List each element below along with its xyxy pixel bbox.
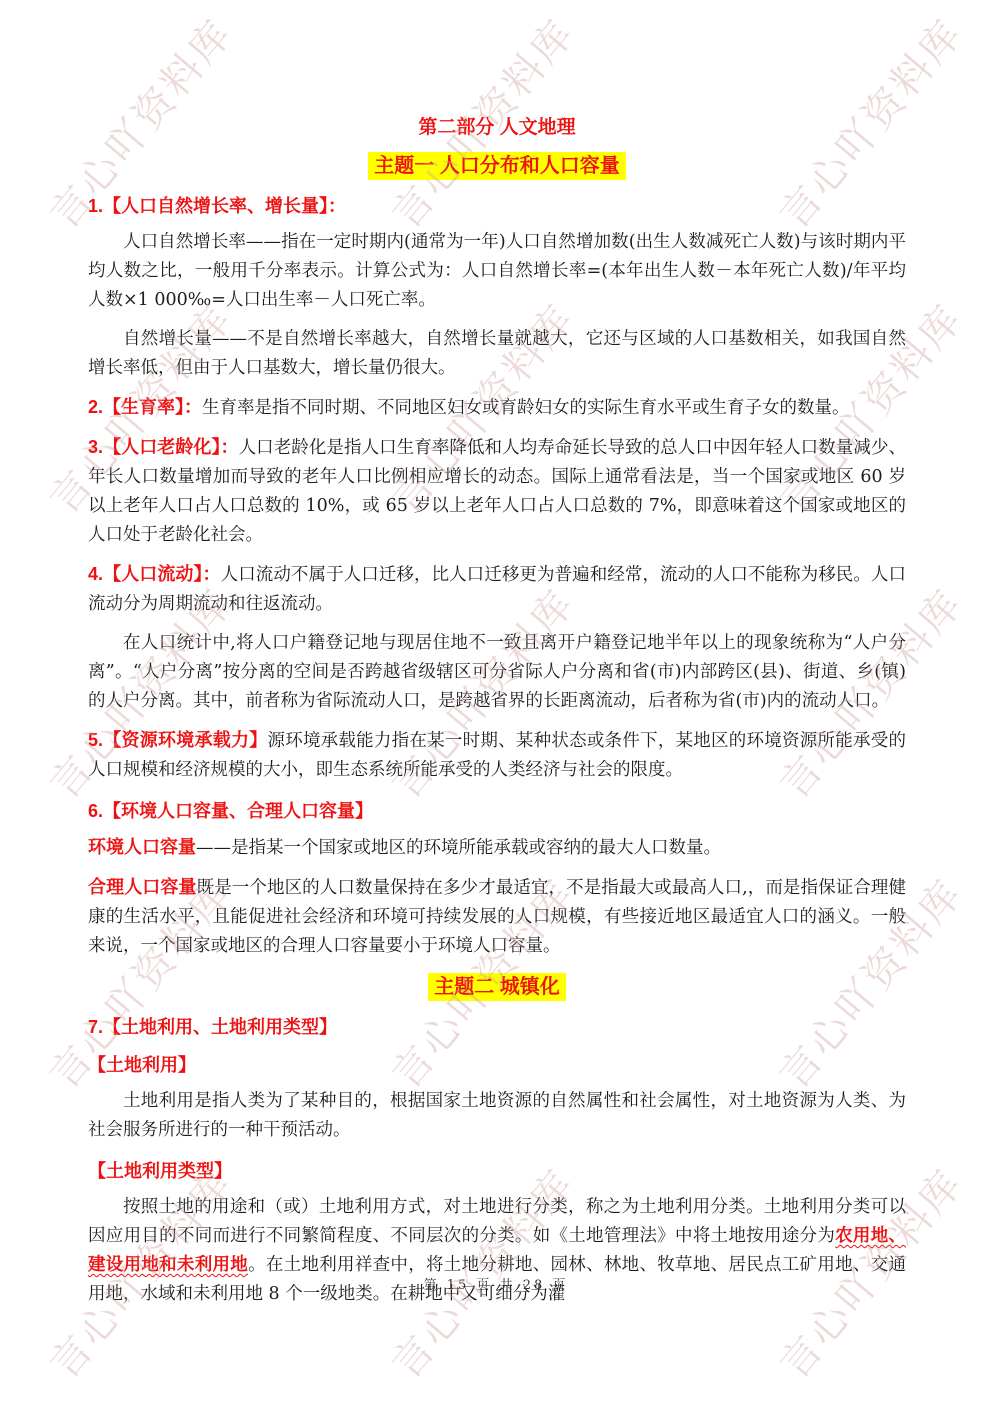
- section-4-lead: 4.【人口流动】：: [88, 564, 221, 584]
- section-4-paragraph-2: 在人口统计中,将人口户籍登记地与现居住地不一致且离开户籍登记地半年以上的现象统称…: [88, 629, 906, 716]
- section-6-paragraph-1-text: ——是指某一个国家或地区的环境所能承载或容纳的最大人口数量。: [196, 838, 721, 858]
- section-5-paragraph: 5.【资源环境承载力】源环境承载能力指在某一时期、某种状态或条件下，某地区的环境…: [88, 726, 906, 785]
- land-use-type-text-a: 按照土地的用途和（或）土地利用方式，对土地进行分类，称之为土地利用分类。土地利用…: [88, 1197, 906, 1246]
- section-3-lead: 3.【人口老龄化】：: [88, 437, 239, 457]
- section-1-paragraph-1: 人口自然增长率——指在一定时期内(通常为一年)人口自然增加数(出生人数减死亡人数…: [88, 228, 906, 315]
- section-2-paragraph: 2.【生育率】：生育率是指不同时期、不同地区妇女或育龄妇女的实际生育水平或生育子…: [88, 393, 906, 423]
- topic-two-highlight: 主题二 城镇化: [428, 973, 566, 1001]
- section-6-paragraph-2: 合理人口容量既是一个地区的人口数量保持在多少才最适宜，不是指最大或最高人口,，而…: [88, 873, 906, 961]
- section-5-lead: 5.【资源环境承载力】: [88, 730, 267, 750]
- section-7-heading: 7.【土地利用、土地利用类型】: [88, 1015, 906, 1039]
- topic-one-highlight: 主题一 人口分布和人口容量: [368, 152, 626, 180]
- footer-page-number: 第 15 页 共 28 页: [0, 1274, 992, 1293]
- section-6-paragraph-2-text: 既是一个地区的人口数量保持在多少才最适宜，不是指最大或最高人口,，而是指保证合理…: [88, 878, 906, 956]
- section-6-paragraph-1-lead: 环境人口容量: [88, 837, 196, 857]
- section-6-paragraph-1: 环境人口容量——是指某一个国家或地区的环境所能承载或容纳的最大人口数量。: [88, 833, 906, 863]
- land-use-type-subheading: 【土地利用类型】: [88, 1159, 906, 1183]
- section-2-lead: 2.【生育率】：: [88, 397, 202, 417]
- part-title: 第二部分 人文地理: [88, 116, 906, 140]
- section-1-heading: 1.【人口自然增长率、增长量】：: [88, 194, 906, 218]
- document-page: 言心吖资料库言心吖资料库言心吖资料库言心吖资料库言心吖资料库言心吖资料库言心吖资…: [0, 0, 992, 1403]
- section-4-paragraph-1: 4.【人口流动】：人口流动不属于人口迁移，比人口迁移更为普遍和经常，流动的人口不…: [88, 560, 906, 619]
- document-content: 第二部分 人文地理 主题一 人口分布和人口容量 1.【人口自然增长率、增长量】：…: [0, 0, 992, 1309]
- section-6-paragraph-2-lead: 合理人口容量: [88, 877, 197, 897]
- section-6-heading: 6.【环境人口容量、合理人口容量】: [88, 799, 906, 823]
- topic-one-line: 主题一 人口分布和人口容量: [88, 152, 906, 180]
- section-2-text: 生育率是指不同时期、不同地区妇女或育龄妇女的实际生育水平或生育子女的数量。: [202, 398, 850, 418]
- section-1-paragraph-2: 自然增长量——不是自然增长率越大，自然增长量就越大，它还与区域的人口基数相关，如…: [88, 325, 906, 383]
- land-use-subheading: 【土地利用】: [88, 1053, 906, 1077]
- section-3-paragraph: 3.【人口老龄化】：人口老龄化是指人口生育率降低和人均寿命延长导致的总人口中因年…: [88, 433, 906, 550]
- land-use-paragraph: 土地利用是指人类为了某种目的，根据国家土地资源的自然属性和社会属性，对土地资源为…: [88, 1087, 906, 1145]
- topic-two-line: 主题二 城镇化: [88, 973, 906, 1001]
